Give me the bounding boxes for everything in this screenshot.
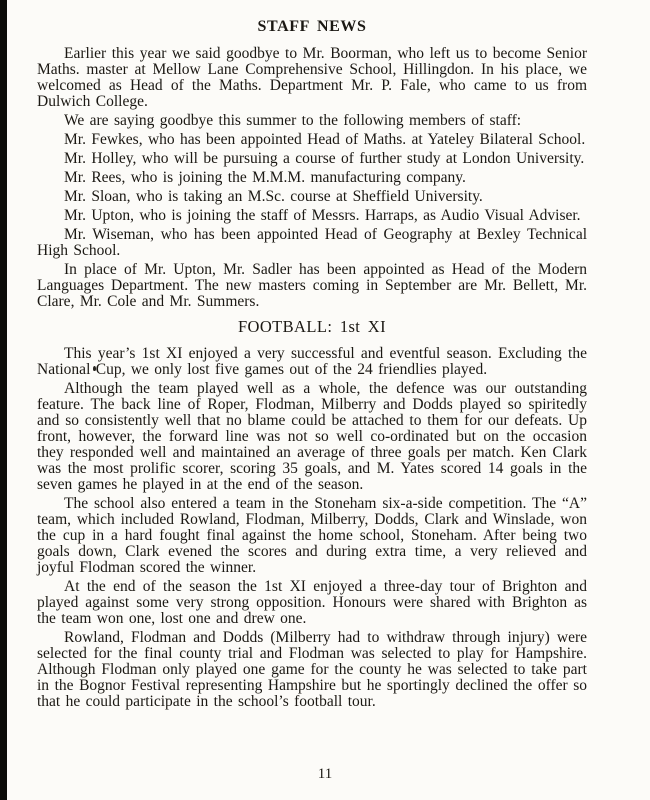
paragraph: This year’s 1st XI enjoyed a very succes… <box>37 346 587 378</box>
paragraph: Mr. Holley, who will be pursuing a cours… <box>37 151 587 167</box>
page-content: STAFF NEWS Earlier this year we said goo… <box>37 18 587 713</box>
scanned-document-page: STAFF NEWS Earlier this year we said goo… <box>0 0 650 800</box>
paragraph: The school also entered a team in the St… <box>37 496 587 576</box>
staff-news-heading: STAFF NEWS <box>37 18 587 36</box>
paragraph: Mr. Fewkes, who has been appointed Head … <box>37 132 587 148</box>
paragraph: Mr. Wiseman, who has been appointed Head… <box>37 227 587 259</box>
page-number: 11 <box>0 766 650 783</box>
paragraph: In place of Mr. Upton, Mr. Sadler has be… <box>37 262 587 310</box>
paragraph: At the end of the season the 1st XI enjo… <box>37 579 587 627</box>
paragraph: Mr. Sloan, who is taking an M.Sc. course… <box>37 189 587 205</box>
paragraph: Mr. Upton, who is joining the staff of M… <box>37 208 587 224</box>
paragraph: Rowland, Flodman and Dodds (Milberry had… <box>37 630 587 710</box>
page-edge-scan-shadow <box>0 0 7 800</box>
paragraph: We are saying goodbye this summer to the… <box>37 113 587 129</box>
paragraph: Earlier this year we said goodbye to Mr.… <box>37 46 587 110</box>
paragraph: Mr. Rees, who is joining the M.M.M. manu… <box>37 170 587 186</box>
football-1st-xi-heading: FOOTBALL: 1st XI <box>37 317 587 337</box>
ink-smudge <box>93 366 96 371</box>
paragraph: Although the team played well as a whole… <box>37 381 587 493</box>
